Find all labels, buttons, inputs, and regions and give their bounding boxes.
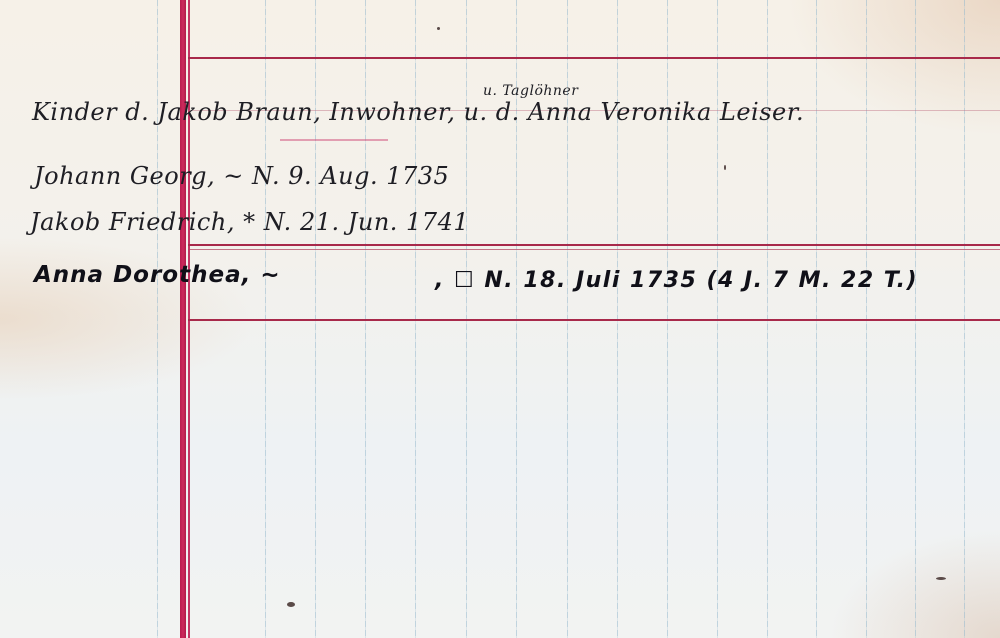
paper-speck xyxy=(724,165,726,170)
header-rule xyxy=(188,57,1000,59)
paper-speck xyxy=(437,27,440,30)
child-entry-3-name: Anna Dorothea, ~ xyxy=(34,262,281,288)
child-entry-1: Johann Georg, ~ N. 9. Aug. 1735 xyxy=(34,162,449,190)
child-entry-2: Jakob Friedrich, * N. 21. Jun. 1741 xyxy=(30,208,469,236)
section-rule-bottom xyxy=(188,249,1000,250)
index-card: Kinder d. Jakob Braun, Inwohner, u. d. A… xyxy=(0,0,1000,638)
margin-line-thick xyxy=(180,0,186,638)
paper-speck xyxy=(936,577,946,580)
child-entry-3-death: , ☐ N. 18. Juli 1735 (4 J. 7 M. 22 T.) xyxy=(435,268,918,293)
surname-underline xyxy=(280,139,388,141)
heading-parents: Kinder d. Jakob Braun, Inwohner, u. d. A… xyxy=(32,98,804,126)
grid-line xyxy=(157,0,158,638)
paper-speck xyxy=(287,602,295,607)
section-rule-lower xyxy=(188,319,1000,321)
section-rule-top xyxy=(188,244,1000,246)
heading-insertion: u. Taglöhner xyxy=(483,83,578,99)
